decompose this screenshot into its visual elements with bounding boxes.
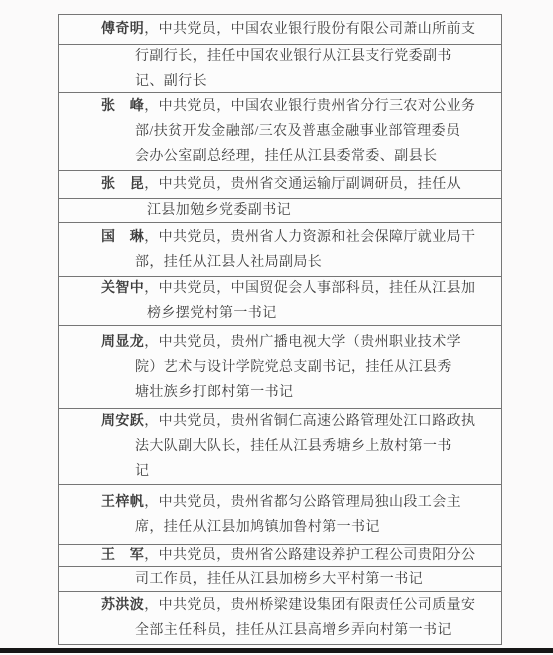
person-name: 傅奇明: [101, 22, 144, 37]
entry-line-with-name: 苏洪波，中共党员，贵州桥梁建设集团有限责任公司质量安: [59, 593, 501, 618]
entry-line: 塘壮族乡打郎村第一书记: [59, 380, 501, 405]
table-row: 行副行长，挂任中国农业银行从江县支行党委副书记、副行长: [59, 44, 501, 92]
table-row: 国 琳，中共党员，贵州省人力资源和社会保障厅就业局干部，挂任从江县人社局副局长: [59, 222, 501, 276]
entry-line: 会办公室副总经理，挂任从江县委常委、副县长: [59, 144, 501, 169]
entry-line: 部/扶贫开发金融部/三农及普惠金融事业部管理委员: [59, 119, 501, 144]
person-name: 国 琳: [101, 230, 144, 245]
table-row: 司工作员，挂任从江县加榜乡大平村第一书记: [59, 566, 501, 591]
entry-line: 部，挂任从江县人社局副局长: [59, 250, 501, 275]
entry-text: ，中共党员，贵州省人力资源和社会保障厅就业局干: [144, 230, 475, 245]
table-row: 张 峰，中共党员，中国农业银行贵州省分行三农对公业务部/扶贫开发金融部/三农及普…: [59, 92, 501, 170]
entry-text: 记: [135, 464, 149, 479]
person-name: 关智中: [101, 281, 144, 296]
entry-text: ，中共党员，贵州广播电视大学（贵州职业技术学: [144, 335, 461, 350]
entry-text: 部/扶贫开发金融部/三农及普惠金融事业部管理委员: [135, 124, 460, 139]
entry-text: ，中共党员，贵州省交通运输厅副调研员，挂任从: [144, 177, 461, 192]
page-edge-band: [0, 648, 553, 653]
entry-line: 记、副行长: [59, 69, 501, 93]
entry-text: ，中共党员，中国农业银行股份有限公司萧山所前支: [144, 22, 475, 37]
entry-line: 司工作员，挂任从江县加榜乡大平村第一书记: [59, 567, 501, 592]
table-row: 周显龙，中共党员，贵州广播电视大学（贵州职业技术学院）艺术与设计学院党总支副书记…: [59, 325, 501, 408]
table-row: 傅奇明，中共党员，中国农业银行股份有限公司萧山所前支: [59, 15, 501, 44]
officials-table: 傅奇明，中共党员，中国农业银行股份有限公司萧山所前支行副行长，挂任中国农业银行从…: [58, 14, 502, 645]
person-name: 王 军: [101, 548, 144, 563]
person-name: 周显龙: [101, 335, 144, 350]
entry-line: 全部主任科员，挂任从江县高增乡弄向村第一书记: [59, 618, 501, 643]
table-row: 王梓帆，中共党员，贵州省都匀公路管理局独山段工会主席，挂任从江县加鸠镇加鲁村第一…: [59, 484, 501, 544]
entry-line: 院）艺术与设计学院党总支副书记，挂任从江县秀: [59, 355, 501, 380]
entry-text: 行副行长，挂任中国农业银行从江县支行党委副书: [135, 49, 452, 64]
entry-line: 席，挂任从江县加鸠镇加鲁村第一书记: [59, 515, 501, 540]
person-name: 张 峰: [101, 99, 144, 114]
entry-line-with-name: 傅奇明，中共党员，中国农业银行股份有限公司萧山所前支: [59, 17, 501, 42]
entry-text: 榜乡摆党村第一书记: [147, 306, 277, 321]
entry-line: 榜乡摆党村第一书记: [59, 301, 501, 325]
entry-text: 会办公室副总经理，挂任从江县委常委、副县长: [135, 149, 437, 164]
entry-line: 记: [59, 459, 501, 484]
entry-line-with-name: 张 昆，中共党员，贵州省交通运输厅副调研员，挂任从: [59, 172, 501, 197]
entry-text: 江县加勉乡党委副书记: [147, 203, 291, 218]
entry-line: 法大队副大队长，挂任从江县秀塘乡上敖村第一书: [59, 434, 501, 459]
entry-text: ，中共党员，贵州省铜仁高速公路管理处江口路政执: [144, 414, 475, 429]
entry-text: ，中共党员，中国农业银行贵州省分行三农对公业务: [144, 99, 475, 114]
entry-text: 院）艺术与设计学院党总支副书记，挂任从江县秀: [135, 360, 452, 375]
entry-text: ，中共党员，贵州省公路建设养护工程公司贵阳分公: [144, 548, 475, 563]
person-name: 苏洪波: [101, 598, 144, 613]
entry-line-with-name: 国 琳，中共党员，贵州省人力资源和社会保障厅就业局干: [59, 225, 501, 250]
entry-line-with-name: 关智中，中共党员，中国贸促会人事部科员，挂任从江县加: [59, 276, 501, 301]
entry-line-with-name: 周安跃，中共党员，贵州省铜仁高速公路管理处江口路政执: [59, 409, 501, 434]
entry-text: 席，挂任从江县加鸠镇加鲁村第一书记: [135, 520, 380, 535]
table-row: 王 军，中共党员，贵州省公路建设养护工程公司贵阳分公: [59, 544, 501, 566]
entry-text: ，中共党员，贵州省都匀公路管理局独山段工会主: [144, 495, 461, 510]
entry-line-with-name: 王 军，中共党员，贵州省公路建设养护工程公司贵阳分公: [59, 544, 501, 566]
table-row: 张 昆，中共党员，贵州省交通运输厅副调研员，挂任从: [59, 170, 501, 198]
entry-text: 司工作员，挂任从江县加榜乡大平村第一书记: [135, 572, 423, 587]
entry-line-with-name: 周显龙，中共党员，贵州广播电视大学（贵州职业技术学: [59, 330, 501, 355]
entry-text: 塘壮族乡打郎村第一书记: [135, 385, 293, 400]
table-row: 关智中，中共党员，中国贸促会人事部科员，挂任从江县加榜乡摆党村第一书记: [59, 276, 501, 325]
person-name: 张 昆: [101, 177, 144, 192]
entry-line-with-name: 张 峰，中共党员，中国农业银行贵州省分行三农对公业务: [59, 94, 501, 119]
document-page: 傅奇明，中共党员，中国农业银行股份有限公司萧山所前支行副行长，挂任中国农业银行从…: [0, 0, 553, 655]
entry-text: 部，挂任从江县人社局副局长: [135, 255, 322, 270]
person-name: 王梓帆: [101, 495, 144, 510]
entry-line: 江县加勉乡党委副书记: [59, 198, 501, 222]
entry-line: 行副行长，挂任中国农业银行从江县支行党委副书: [59, 44, 501, 69]
entry-text: ，中共党员，中国贸促会人事部科员，挂任从江县加: [144, 281, 475, 296]
entry-text: 法大队副大队长，挂任从江县秀塘乡上敖村第一书: [135, 439, 452, 454]
table-row: 江县加勉乡党委副书记: [59, 198, 501, 222]
entry-text: 全部主任科员，挂任从江县高增乡弄向村第一书记: [135, 623, 452, 638]
entry-text: 记、副行长: [135, 74, 207, 89]
person-name: 周安跃: [101, 414, 144, 429]
table-row: 苏洪波，中共党员，贵州桥梁建设集团有限责任公司质量安全部主任科员，挂任从江县高增…: [59, 591, 501, 644]
entry-text: ，中共党员，贵州桥梁建设集团有限责任公司质量安: [144, 598, 475, 613]
entry-line-with-name: 王梓帆，中共党员，贵州省都匀公路管理局独山段工会主: [59, 490, 501, 515]
table-row: 周安跃，中共党员，贵州省铜仁高速公路管理处江口路政执法大队副大队长，挂任从江县秀…: [59, 408, 501, 484]
